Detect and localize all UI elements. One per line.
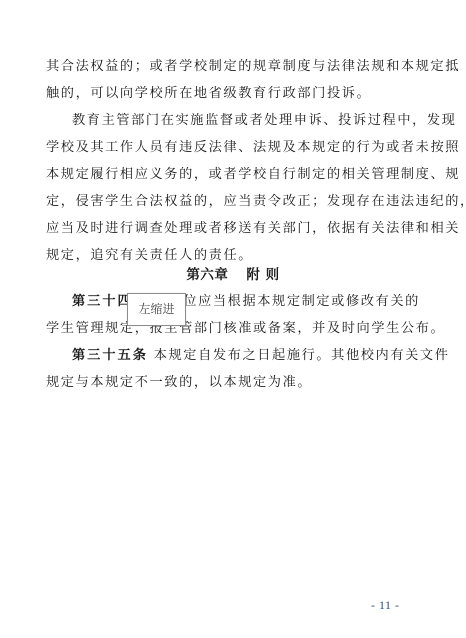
document-page: 其合法权益的；或者学校制定的规章制度与法律法规和本规定抵 触的，可以向学校所在地… [0,0,466,638]
paragraph-line: 定，侵害学生合法权益的，应当责令改正；发现存在违法违纪的， [46,192,412,212]
article-35-line-1: 第三十五条 本规定自发布之日起施行。其他校内有关文件 [72,346,412,366]
left-indent-tooltip: 左缩进 [127,293,186,326]
chapter-title: 附 则 [246,267,279,283]
article-35-text: 本规定自发布之日起施行。其他校内有关文件 [148,348,450,363]
article-35-label: 第三十五条 [72,348,148,363]
paragraph-line: 本规定履行相应义务的，或者学校自行制定的相关管理制度、规 [46,165,412,185]
article-34-text: 各单位应当根据本规定制定或修改有关的 [148,294,420,309]
article-34-line-1: 第三十四条 各单位应当根据本规定制定或修改有关的 [72,292,412,312]
chapter-heading: 第六章附 则 [0,265,466,285]
paragraph-line: 教育主管部门在实施监督或者处理申诉、投诉过程中，发现 [72,111,412,131]
paragraph-line: 其合法权益的；或者学校制定的规章制度与法律法规和本规定抵 [46,57,412,77]
chapter-number: 第六章 [186,267,228,283]
paragraph-line: 学校及其工作人员有违反法律、法规及本规定的行为或者未按照 [46,138,412,158]
paragraph-line: 规定，追究有关责任人的责任。 [46,246,412,266]
page-number: - 11 - [371,598,400,613]
article-34-line-2: 学生管理规定，报主管部门核准或备案，并及时向学生公布。 [46,319,412,339]
paragraph-line: 应当及时进行调查处理或者移送有关部门，依据有关法律和相关 [46,219,412,239]
paragraph-line: 触的，可以向学校所在地省级教育行政部门投诉。 [46,84,412,104]
article-35-line-2: 规定与本规定不一致的，以本规定为准。 [46,373,412,393]
